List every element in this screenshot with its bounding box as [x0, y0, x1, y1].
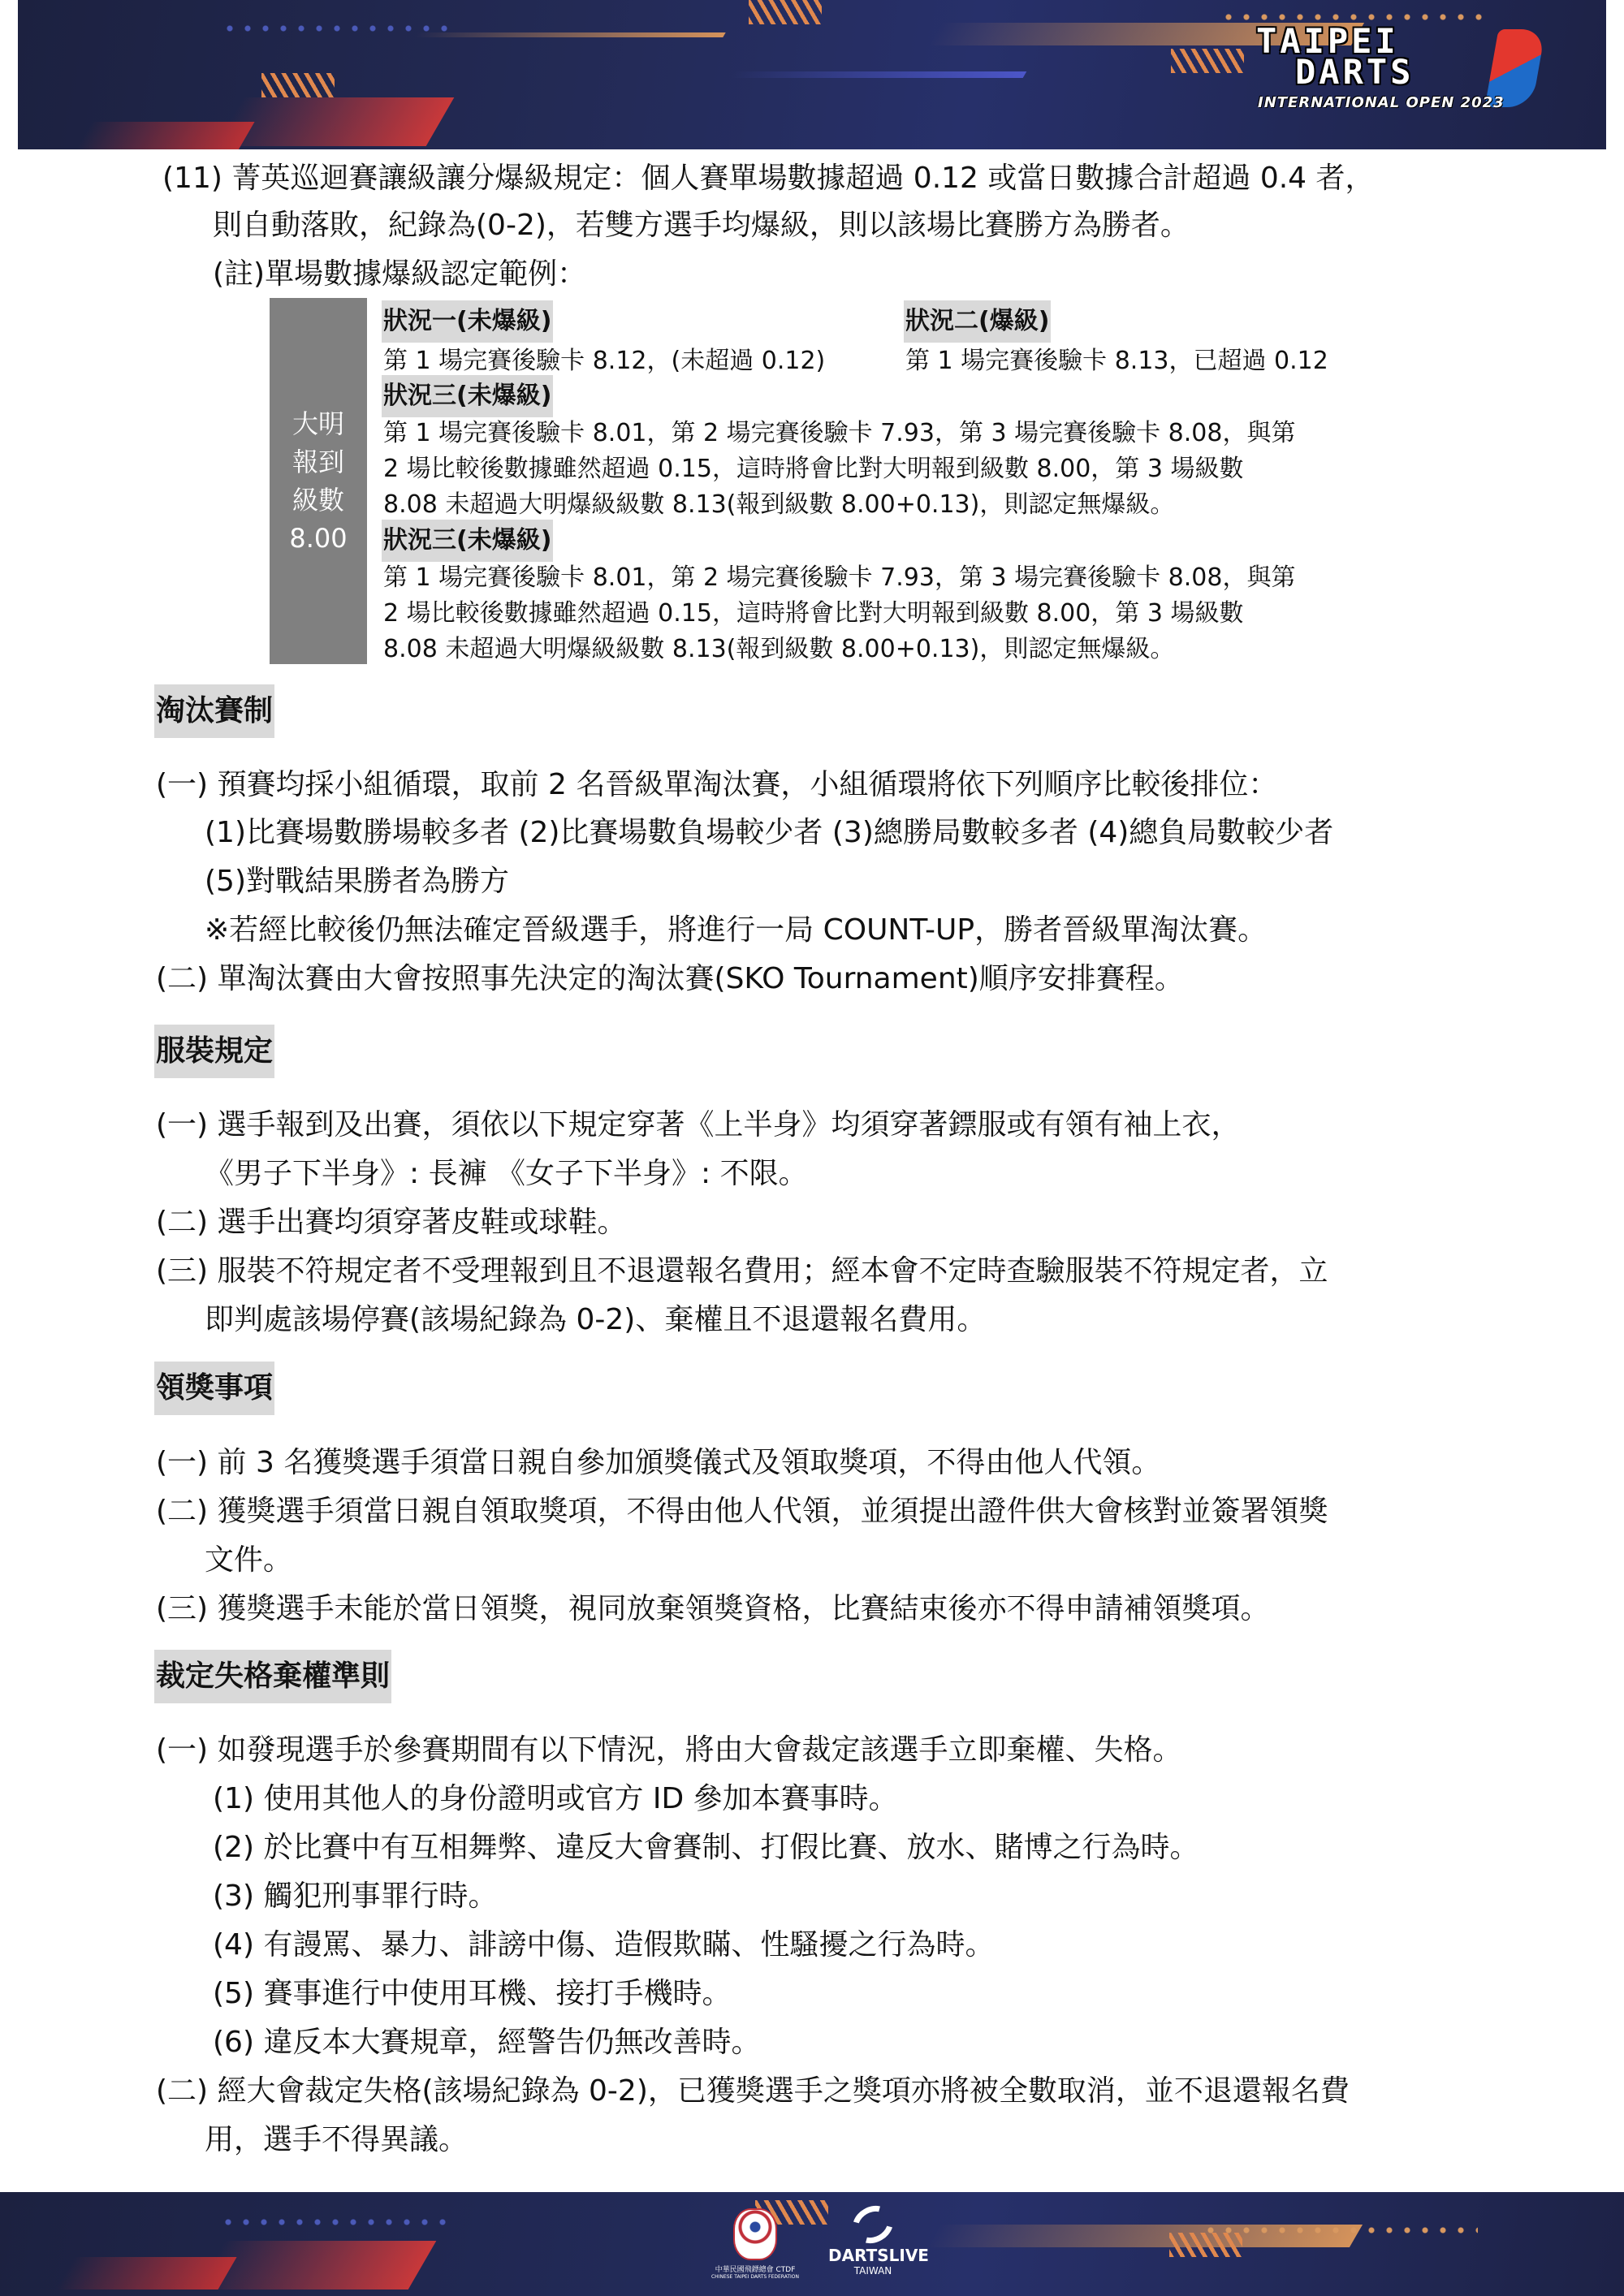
decor-stripe [73, 122, 254, 149]
logo-title-line2: DARTS [1295, 57, 1414, 88]
elimination-line: (二) 單淘汰賽由大會按照事先決定的淘汰賽(SKO Tournament)順序安… [156, 961, 1184, 997]
section-heading-awards: 領獎事項 [154, 1362, 274, 1415]
dress-line: 即判處該場停賽(該場紀錄為 0-2)、棄權且不退還報名費用。 [205, 1302, 986, 1338]
disqualification-line: (二) 經大會裁定失格(該場紀錄為 0-2)，已獲獎選手之獎項亦將被全數取消，並… [156, 2074, 1350, 2109]
awards-line: (三) 獲獎選手未能於當日領獎，視同放棄領獎資格，比賽結束後亦不得申請補領獎項。 [156, 1591, 1270, 1627]
awards-line: (一) 前 3 名獲獎選手須當日親自參加頒獎儀式及領取獎項，不得由他人代領。 [156, 1445, 1160, 1481]
elimination-line: (5)對戰結果勝者為勝方 [205, 864, 509, 900]
elimination-line: (一) 預賽均採小組循環，取前 2 名晉級單淘汰賽，小組循環將依下列順序比較後排… [156, 767, 1277, 803]
dress-line: (一) 選手報到及出賽，須依以下規定穿著《上半身》均須穿著鏢服或有領有袖上衣， [156, 1107, 1241, 1143]
section-heading-disqualification: 裁定失格棄權準則 [154, 1650, 391, 1703]
taipei-darts-logo: TAIPEI DARTS INTERNATIONAL OPEN 2023 [1256, 26, 1573, 122]
section-heading-dress-code: 服裝規定 [154, 1025, 274, 1078]
decor-dots [221, 23, 448, 34]
case3a-line: 8.08 未超過大明爆級級數 8.13(報到級數 8.00+0.13)，則認定無… [383, 487, 1174, 523]
case3a-line: 2 場比較後數據雖然超過 0.15，這時將會比對大明報到級數 8.00，第 3 … [383, 451, 1243, 487]
decor-dots [219, 2216, 447, 2228]
decor-stripe [731, 71, 1027, 78]
dress-line: (二) 選手出賽均須穿著皮鞋或球鞋。 [156, 1205, 627, 1241]
decor-hatch [749, 0, 822, 24]
decor-hatch [1171, 49, 1244, 73]
section-heading-elimination: 淘汰賽制 [154, 684, 274, 738]
ctdf-english-name: CHINESE TAIPEI DARTS FEDERATION [706, 2274, 804, 2280]
example-sidebar-label: 大明 報到 級數 8.00 [270, 298, 367, 664]
decor-dots [1202, 2225, 1478, 2236]
disqualification-line: (6) 違反本大賽規章，經警告仍無改善時。 [213, 2025, 760, 2061]
case3b-line: 8.08 未超過大明爆級級數 8.13(報到級數 8.00+0.13)，則認定無… [383, 632, 1174, 667]
awards-line: (二) 獲獎選手須當日親自領取獎項，不得由他人代領，並須提出證件供大會核對並簽署… [156, 1494, 1328, 1530]
dartslive-mark-icon [845, 2199, 900, 2251]
case3b-title: 狀況三(未爆級) [382, 520, 553, 562]
disqualification-line: (一) 如發現選手於參賽期間有以下情況，將由大會裁定該選手立即棄權、失格。 [156, 1733, 1182, 1768]
side-label-value: 8.00 [270, 520, 367, 558]
disqualification-line: 用，選手不得異議。 [205, 2122, 468, 2158]
logo-subtitle: INTERNATIONAL OPEN 2023 [1258, 94, 1505, 111]
side-label-line: 報到 [270, 443, 367, 481]
ctdf-logo: 中華民國飛鏢總會 CTDF CHINESE TAIPEI DARTS FEDER… [706, 2208, 804, 2294]
decor-stripe [197, 2241, 437, 2290]
case3a-title: 狀況三(未爆級) [382, 375, 553, 417]
disqualification-line: (4) 有謾罵、暴力、誹謗中傷、造假欺瞞、性騷擾之行為時。 [213, 1927, 994, 1963]
case3b-line: 2 場比較後數據雖然超過 0.15，這時將會比對大明報到級數 8.00，第 3 … [383, 596, 1243, 632]
disqualification-line: (5) 賽事進行中使用耳機、接打手機時。 [213, 1976, 731, 2012]
case2-text: 第 1 場完賽後驗卡 8.13，已超過 0.12 [905, 343, 1328, 379]
case3a-line: 第 1 場完賽後驗卡 8.01，第 2 場完賽後驗卡 7.93，第 3 場完賽後… [383, 416, 1295, 451]
awards-line: 文件。 [205, 1543, 292, 1578]
dartslive-region: TAIWAN [828, 2265, 918, 2277]
dress-line: 《男子下半身》: 長褲 《女子下半身》: 不限。 [205, 1156, 808, 1192]
side-label-line: 級數 [270, 481, 367, 520]
disqualification-line: (1) 使用其他人的身份證明或官方 ID 參加本賽事時。 [213, 1781, 898, 1817]
case3b-line: 第 1 場完賽後驗卡 8.01，第 2 場完賽後驗卡 7.93，第 3 場完賽後… [383, 560, 1295, 596]
ctdf-name: 中華民國飛鏢總會 CTDF [706, 2264, 804, 2274]
decor-hatch [261, 73, 335, 97]
header-banner: TAIPEI DARTS INTERNATIONAL OPEN 2023 [18, 0, 1606, 149]
elimination-line: (1)比賽場數勝場較多者 (2)比賽場數負場較少者 (3)總勝局數較多者 (4)… [205, 815, 1333, 851]
case1-title: 狀況一(未爆級) [382, 300, 553, 343]
side-label-line: 大明 [270, 405, 367, 443]
elimination-line: ※若經比較後仍無法確定晉級選手，將進行一局 COUNT-UP，勝者晉級單淘汰賽。 [205, 913, 1267, 948]
dartslive-logo: DARTSLIVE TAIWAN [828, 2207, 918, 2277]
dartslive-name: DARTSLIVE [828, 2246, 918, 2265]
decor-stripe [55, 2257, 236, 2290]
rule11-note: (註)單場數據爆級認定範例： [213, 257, 586, 292]
rule11-line1: (11) 菁英巡迴賽讓級讓分爆級規定：個人賽單場數據超過 0.12 或當日數據合… [162, 161, 1375, 196]
decor-stripe [414, 32, 725, 37]
rule11-line2: 則自動落敗，紀錄為(0-2)，若雙方選手均爆級，則以該場比賽勝方為勝者。 [213, 208, 1190, 244]
footer-banner: 中華民國飛鏢總會 CTDF CHINESE TAIPEI DARTS FEDER… [0, 2192, 1624, 2296]
disqualification-line: (3) 觸犯刑事罪行時。 [213, 1879, 497, 1914]
plum-blossom-emblem-icon [733, 2208, 777, 2260]
decor-hatch [1169, 2233, 1242, 2257]
disqualification-line: (2) 於比賽中有互相舞弊、違反大會賽制、打假比賽、放水、賭博之行為時。 [213, 1830, 1199, 1866]
case2-title: 狀況二(爆級) [904, 300, 1051, 343]
dress-line: (三) 服裝不符規定者不受理報到且不退還報名費用；經本會不定時查驗服裝不符規定者… [156, 1254, 1328, 1289]
case1-text: 第 1 場完賽後驗卡 8.12，(未超過 0.12) [383, 343, 825, 379]
